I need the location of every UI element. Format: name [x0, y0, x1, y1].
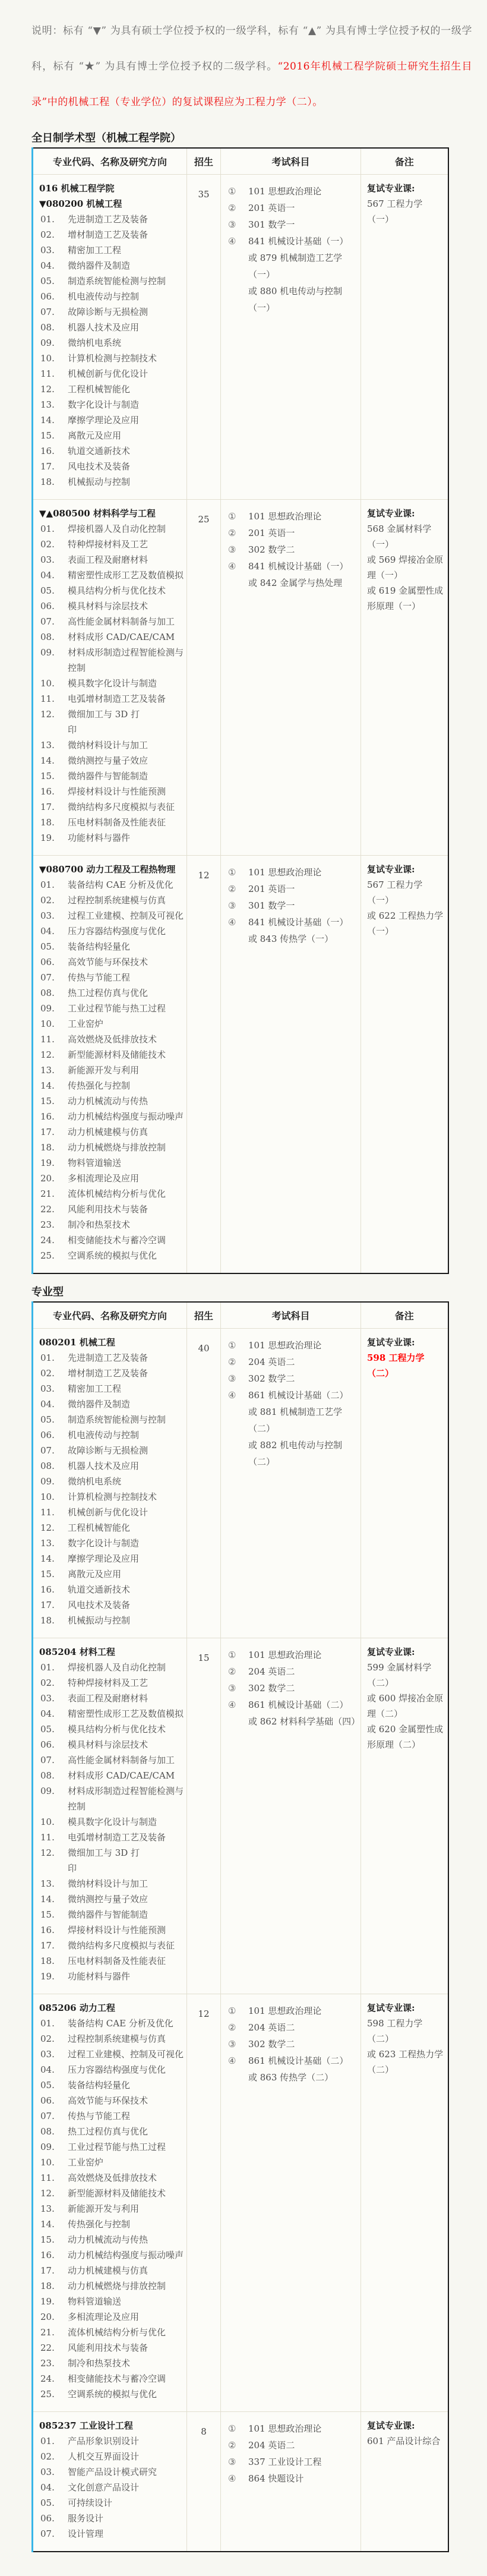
research-direction-item: 04.文化创意产品设计: [33, 2480, 186, 2495]
research-direction-item: 25.空调系统的模拟与优化: [33, 2386, 186, 2402]
direction-text: 多相流理论及应用: [68, 1171, 139, 1186]
direction-number: 04.: [33, 2480, 68, 2495]
major-code: ▼▲080500 材料科学与工程: [33, 506, 186, 521]
subject-text: 841 机械设计基础（一）: [248, 914, 348, 931]
major-code: 085206 动力工程: [33, 2000, 186, 2016]
exam-subject: ④841 机械设计基础（一）: [221, 233, 360, 250]
direction-number: 05.: [33, 2495, 68, 2511]
direction-text: 装备结构 CAE 分析及优化: [68, 877, 173, 893]
research-direction-item: 01.产品形象识别设计: [33, 2433, 186, 2449]
research-direction-item: 07.故障诊断与无损检测: [33, 1443, 186, 1458]
subject-number-icon: ①: [228, 2003, 248, 2019]
subject-text: 841 机械设计基础（一）: [248, 233, 348, 250]
exam-subject: ③302 数学二: [221, 1370, 360, 1387]
direction-number: 08.: [33, 985, 68, 1001]
direction-text: 微纳器件与智能制造: [68, 768, 148, 784]
exam-subject: ③302 数学二: [221, 1680, 360, 1697]
direction-number: 03.: [33, 242, 68, 258]
direction-number: 09.: [33, 1001, 68, 1016]
direction-number: 09.: [33, 2139, 68, 2155]
direction-number: 18.: [33, 474, 68, 490]
direction-number: 11.: [33, 1032, 68, 1047]
research-direction-item: 19.功能材料与器件: [33, 830, 186, 846]
direction-number: 14.: [33, 1551, 68, 1566]
exam-subject: ①101 思想政治理论: [221, 1337, 360, 1354]
direction-number: 03.: [33, 2047, 68, 2062]
research-direction-item: 03.表面工程及耐磨材料: [33, 552, 186, 567]
direction-number: 20.: [33, 2309, 68, 2325]
direction-number: 10.: [33, 1016, 68, 1032]
direction-number: 02.: [33, 537, 68, 552]
direction-text: 焊接材料设计与性能预测: [68, 1922, 166, 1938]
direction-text: 故障诊断与无损检测: [68, 1443, 148, 1458]
direction-number: 23.: [33, 2356, 68, 2371]
column-header: 专业代码、名称及研究方向: [33, 1302, 187, 1329]
direction-number: 16.: [33, 1109, 68, 1124]
direction-text: 工程机械智能化: [68, 381, 130, 397]
research-direction-item: 14.摩擦学理论及应用: [33, 1551, 186, 1566]
research-direction-item: 07.高性能金属材料制备与加工: [33, 1752, 186, 1768]
direction-number: 04.: [33, 923, 68, 939]
exam-subject: ②204 英语二: [221, 1663, 360, 1680]
direction-number: 09.: [33, 645, 68, 676]
direction-number: 11.: [33, 1505, 68, 1520]
column-header: 考试科目: [221, 1302, 361, 1329]
direction-number: 14.: [33, 2216, 68, 2232]
enrollment-cell: 15: [187, 1638, 221, 1994]
research-direction-item: 13.微纳材料设计与加工: [33, 1876, 186, 1891]
direction-text: 高性能金属材料制备与加工: [68, 614, 175, 629]
exam-subject: 或 862 材料科学基础（四）: [221, 1713, 360, 1730]
subject-number-icon: ①: [228, 183, 248, 200]
retest-course: 或 622 工程热力学（一）: [367, 908, 444, 939]
research-direction-item: 17.动力机械建模与仿真: [33, 1124, 186, 1140]
retest-course: 599 金属材料学（二）: [367, 1660, 444, 1691]
direction-text: 微纳结构多尺度模拟与表征: [68, 799, 175, 815]
retest-course: 或 619 金属塑性成形原理（一）: [367, 583, 444, 614]
column-header: 考试科目: [221, 148, 361, 175]
retest-course: 568 金属材料学（一）: [367, 521, 444, 552]
subject-number-icon: [228, 2069, 248, 2086]
direction-number: 17.: [33, 459, 68, 474]
direction-number: 05.: [33, 273, 68, 289]
direction-text: 精密塑性成形工艺及数值模拟: [68, 1706, 184, 1721]
research-direction-item: 17.微纳结构多尺度模拟与表征: [33, 1938, 186, 1953]
direction-text: 精密加工工程: [68, 242, 121, 258]
research-direction-item: 16.焊接材料设计与性能预测: [33, 1922, 186, 1938]
research-direction-item: 15.微纳器件与智能制造: [33, 1907, 186, 1922]
professional-table-host: 专业代码、名称及研究方向招生考试科目备注080201 机械工程01.先进制造工艺…: [0, 1301, 487, 2552]
table-row: ▼080700 动力工程及工程热物理01.装备结构 CAE 分析及优化02.过程…: [33, 856, 448, 1274]
retest-course: 598 工程力学（二）: [367, 1350, 444, 1381]
direction-text: 新能源开发与利用: [68, 2201, 139, 2216]
subject-text: 201 英语一: [248, 200, 295, 216]
direction-number: 02.: [33, 2031, 68, 2047]
direction-number: 21.: [33, 2325, 68, 2340]
direction-number: 03.: [33, 908, 68, 923]
direction-number: 15.: [33, 1093, 68, 1109]
enrollment-count: 15: [187, 1653, 220, 1663]
research-direction-item: 11.机械创新与优化设计: [33, 366, 186, 381]
major-code: ▼080200 机械工程: [33, 196, 186, 212]
direction-number: 01.: [33, 212, 68, 227]
research-direction-item: 05.模具结构分析与优化技术: [33, 1721, 186, 1737]
direction-number: 17.: [33, 799, 68, 815]
direction-number: 25.: [33, 2386, 68, 2402]
direction-number: 10.: [33, 1489, 68, 1505]
research-direction-item: 12.新型能源材料及储能技术: [33, 1047, 186, 1062]
direction-text: 流体机械结构分析与优化: [68, 2325, 166, 2340]
subject-text: 204 英语二: [248, 1354, 295, 1370]
direction-number: 07.: [33, 970, 68, 985]
research-direction-item: 01.装备结构 CAE 分析及优化: [33, 877, 186, 893]
academic-section-title: 全日制学术型（机械工程学院）: [31, 130, 487, 145]
direction-text: 先进制造工艺及装备: [68, 212, 148, 227]
table-row: 080201 机械工程01.先进制造工艺及装备02.增材制造工艺及装备03.精密…: [33, 1329, 448, 1638]
research-direction-item: 13.新能源开发与利用: [33, 1062, 186, 1078]
research-direction-item: 11.电弧增材制造工艺及装备: [33, 1830, 186, 1845]
table-body: 016 机械工程学院▼080200 机械工程01.先进制造工艺及装备02.增材制…: [33, 175, 448, 1274]
subject-number-icon: ②: [228, 1354, 248, 1370]
research-direction-item: 03.表面工程及耐磨材料: [33, 1691, 186, 1706]
enrollment-count: 25: [187, 514, 220, 525]
direction-number: 19.: [33, 830, 68, 846]
notes-cell: 复试专业课:599 金属材料学（二）或 600 焊接冶金原理（二）或 620 金…: [361, 1638, 448, 1994]
direction-number: 12.: [33, 1520, 68, 1535]
direction-text: 高效节能与环保技术: [68, 2093, 148, 2108]
retest-course-label: 复试专业课:: [367, 181, 444, 196]
research-direction-item: 03.精密加工工程: [33, 242, 186, 258]
direction-number: 06.: [33, 2511, 68, 2526]
direction-number: 10.: [33, 2155, 68, 2170]
direction-number: 09.: [33, 335, 68, 351]
catalog-table: 专业代码、名称及研究方向招生考试科目备注080201 机械工程01.先进制造工艺…: [31, 1301, 449, 2552]
direction-number: 10.: [33, 351, 68, 366]
direction-text: 流体机械结构分析与优化: [68, 1186, 166, 1202]
research-direction-item: 25.空调系统的模拟与优化: [33, 1248, 186, 1263]
exam-subject: ②201 英语一: [221, 881, 360, 897]
direction-text: 高效燃烧及低排放技术: [68, 1032, 157, 1047]
subject-text: 101 思想政治理论: [248, 2420, 321, 2437]
subject-number-icon: ③: [228, 1680, 248, 1697]
direction-text: 文化创意产品设计: [68, 2480, 139, 2495]
direction-number: 12.: [33, 2186, 68, 2201]
direction-text: 微纳测控与量子效应: [68, 1891, 148, 1907]
direction-text: 新型能源材料及储能技术: [68, 1047, 166, 1062]
direction-number: 09.: [33, 1474, 68, 1489]
research-direction-item: 02.人机交互界面设计: [33, 2449, 186, 2464]
direction-number: 13.: [33, 737, 68, 753]
direction-text: 机器人技术及应用: [68, 320, 139, 335]
research-direction-item: 21.流体机械结构分析与优化: [33, 2325, 186, 2340]
research-direction-item: 06.高效节能与环保技术: [33, 954, 186, 970]
direction-number: 25.: [33, 1248, 68, 1263]
direction-text: 微细加工与 3D 打 印: [68, 707, 140, 737]
direction-text: 动力机械流动与传热: [68, 1093, 148, 1109]
subject-number-icon: [228, 575, 248, 591]
direction-number: 16.: [33, 1582, 68, 1597]
direction-text: 机器人技术及应用: [68, 1458, 139, 1474]
retest-course-label: 复试专业课:: [367, 862, 444, 877]
direction-number: 14.: [33, 412, 68, 428]
direction-text: 压力容器结构强度与优化: [68, 2062, 166, 2077]
subject-text: 或 882 机电传动与控制（二）: [248, 1437, 360, 1470]
research-direction-item: 14.微纳测控与量子效应: [33, 1891, 186, 1907]
direction-number: 22.: [33, 2340, 68, 2356]
direction-text: 模具结构分析与优化技术: [68, 1721, 166, 1737]
subject-number-icon: ③: [228, 216, 248, 233]
research-direction-item: 14.摩擦学理论及应用: [33, 412, 186, 428]
direction-text: 微纳器件及制造: [68, 258, 130, 273]
subjects-cell: ①101 思想政治理论②204 英语二③302 数学二④861 机械设计基础（二…: [221, 1329, 361, 1638]
research-direction-item: 16.动力机械结构强度与振动噪声: [33, 2247, 186, 2263]
subject-number-icon: ②: [228, 881, 248, 897]
exam-subject: ①101 思想政治理论: [221, 508, 360, 525]
direction-text: 高效燃烧及低排放技术: [68, 2170, 157, 2186]
subject-number-icon: [228, 1404, 248, 1437]
research-direction-item: 17.动力机械建模与仿真: [33, 2263, 186, 2278]
direction-text: 工业窑炉: [68, 1016, 103, 1032]
research-direction-item: 05.可持续设计: [33, 2495, 186, 2511]
exam-subject: ①101 思想政治理论: [221, 2420, 360, 2437]
retest-course: 567 工程力学（一）: [367, 196, 444, 227]
subjects-cell: ①101 思想政治理论②204 英语二③337 工业设计工程④864 快题设计: [221, 2412, 361, 2552]
enrollment-cell: 25: [187, 500, 221, 856]
direction-text: 离散元及应用: [68, 1566, 121, 1582]
direction-number: 16.: [33, 784, 68, 799]
research-direction-item: 04.压力容器结构强度与优化: [33, 2062, 186, 2077]
research-direction-item: 16.轨道交通新技术: [33, 1582, 186, 1597]
direction-number: 05.: [33, 939, 68, 954]
direction-number: 04.: [33, 567, 68, 583]
direction-text: 动力机械燃烧与排放控制: [68, 1140, 166, 1155]
research-direction-item: 16.轨道交通新技术: [33, 443, 186, 459]
direction-text: 风能利用技术与装备: [68, 1202, 148, 1217]
direction-number: 13.: [33, 397, 68, 412]
research-direction-item: 07.高性能金属材料制备与加工: [33, 614, 186, 629]
research-direction-item: 19.物料管道输送: [33, 2294, 186, 2309]
subject-number-icon: ④: [228, 914, 248, 931]
subjects-cell: ①101 思想政治理论②204 英语二③302 数学二④861 机械设计基础（二…: [221, 1994, 361, 2412]
exam-subject: 或 882 机电传动与控制（二）: [221, 1437, 360, 1470]
exam-subject: ③302 数学二: [221, 541, 360, 558]
direction-number: 22.: [33, 1202, 68, 1217]
research-direction-item: 09.微纳机电系统: [33, 1474, 186, 1489]
research-direction-item: 01.焊接机器人及自动化控制: [33, 521, 186, 537]
research-direction-item: 03.过程工业建模、控制及可视化: [33, 2047, 186, 2062]
subject-number-icon: ①: [228, 2420, 248, 2437]
direction-number: 01.: [33, 1660, 68, 1675]
direction-cell: 080201 机械工程01.先进制造工艺及装备02.增材制造工艺及装备03.精密…: [33, 1329, 187, 1638]
direction-text: 装备结构 CAE 分析及优化: [68, 2016, 173, 2031]
direction-number: 08.: [33, 1768, 68, 1783]
direction-text: 风电技术及装备: [68, 459, 130, 474]
direction-number: 07.: [33, 1443, 68, 1458]
subject-text: 或 843 传热学（一）: [248, 931, 333, 947]
direction-text: 风能利用技术与装备: [68, 2340, 148, 2356]
direction-text: 热工过程仿真与优化: [68, 985, 148, 1001]
research-direction-item: 08.材料成形 CAD/CAE/CAM: [33, 1768, 186, 1783]
direction-text: 增材制造工艺及装备: [68, 227, 148, 242]
direction-number: 24.: [33, 2371, 68, 2386]
direction-text: 动力机械结构强度与振动噪声: [68, 2247, 184, 2263]
subject-text: 861 机械设计基础（二）: [248, 2052, 348, 2069]
subject-number-icon: ②: [228, 525, 248, 541]
direction-number: 19.: [33, 1155, 68, 1171]
research-direction-item: 23.制冷和热泵技术: [33, 2356, 186, 2371]
direction-number: 15.: [33, 1566, 68, 1582]
direction-number: 03.: [33, 1691, 68, 1706]
academic-table-host: 专业代码、名称及研究方向招生考试科目备注016 机械工程学院▼080200 机械…: [0, 147, 487, 1274]
subject-text: 101 思想政治理论: [248, 864, 321, 881]
direction-text: 可持续设计: [68, 2495, 112, 2511]
direction-number: 02.: [33, 1675, 68, 1691]
direction-number: 15.: [33, 428, 68, 443]
direction-text: 相变储能技术与蓄冷空调: [68, 2371, 166, 2386]
direction-number: 04.: [33, 258, 68, 273]
direction-text: 物料管道输送: [68, 1155, 121, 1171]
exam-subject: ②204 英语二: [221, 2019, 360, 2036]
subject-text: 841 机械设计基础（一）: [248, 558, 348, 575]
professional-section-title: 专业型: [31, 1284, 487, 1299]
note: 说明：标有 “▼” 为具有硕士学位授予权的一级学科，标有 “▲” 为具有博士学位…: [31, 13, 472, 120]
research-direction-item: 02.增材制造工艺及装备: [33, 1366, 186, 1381]
direction-number: 02.: [33, 2449, 68, 2464]
direction-text: 功能材料与器件: [68, 1969, 130, 1984]
notes-cell: 复试专业课:598 工程力学（二）: [361, 1329, 448, 1638]
exam-subject: ①101 思想政治理论: [221, 183, 360, 200]
direction-text: 高效节能与环保技术: [68, 954, 148, 970]
column-header: 专业代码、名称及研究方向: [33, 148, 187, 175]
direction-number: 06.: [33, 2093, 68, 2108]
direction-text: 过程控制系统建模与仿真: [68, 2031, 166, 2047]
direction-number: 07.: [33, 2108, 68, 2124]
exam-subject: ①101 思想政治理论: [221, 864, 360, 881]
direction-number: 06.: [33, 289, 68, 304]
direction-text: 工业窑炉: [68, 2155, 103, 2170]
research-direction-item: 24.相变储能技术与蓄冷空调: [33, 2371, 186, 2386]
table-row: 085206 动力工程01.装备结构 CAE 分析及优化02.过程控制系统建模与…: [33, 1994, 448, 2412]
subject-text: 或 881 机械制造工艺学（二）: [248, 1404, 360, 1437]
table-head: 专业代码、名称及研究方向招生考试科目备注: [33, 148, 448, 175]
direction-number: 16.: [33, 2247, 68, 2263]
catalog-table: 专业代码、名称及研究方向招生考试科目备注016 机械工程学院▼080200 机械…: [31, 147, 449, 1274]
subject-number-icon: ④: [228, 2052, 248, 2069]
direction-number: 19.: [33, 2294, 68, 2309]
research-direction-item: 16.动力机械结构强度与振动噪声: [33, 1109, 186, 1124]
direction-number: 20.: [33, 1171, 68, 1186]
subject-text: 201 英语一: [248, 525, 295, 541]
exam-subject: ②201 英语一: [221, 200, 360, 216]
subject-number-icon: [228, 283, 248, 316]
direction-number: 17.: [33, 1597, 68, 1613]
direction-text: 轨道交通新技术: [68, 443, 130, 459]
subject-text: 201 英语一: [248, 881, 295, 897]
direction-cell: ▼▲080500 材料科学与工程01.焊接机器人及自动化控制02.特种焊接材料及…: [33, 500, 187, 856]
notes-cell: 复试专业课:567 工程力学（一）或 622 工程热力学（一）: [361, 856, 448, 1274]
direction-text: 热工过程仿真与优化: [68, 2124, 148, 2139]
research-direction-item: 22.风能利用技术与装备: [33, 1202, 186, 1217]
exam-subject: 或 843 传热学（一）: [221, 931, 360, 947]
direction-number: 15.: [33, 768, 68, 784]
direction-number: 11.: [33, 691, 68, 707]
direction-text: 装备结构轻量化: [68, 2077, 130, 2093]
subject-number-icon: ①: [228, 1337, 248, 1354]
exam-subject: ④861 机械设计基础（二）: [221, 2052, 360, 2069]
table-row: 016 机械工程学院▼080200 机械工程01.先进制造工艺及装备02.增材制…: [33, 175, 448, 500]
direction-number: 05.: [33, 1412, 68, 1427]
subjects-cell: ①101 思想政治理论②201 英语一③302 数学二④841 机械设计基础（一…: [221, 500, 361, 856]
subject-text: 101 思想政治理论: [248, 508, 321, 525]
research-direction-item: 03.精密加工工程: [33, 1381, 186, 1396]
direction-number: 01.: [33, 521, 68, 537]
direction-text: 微纳材料设计与加工: [68, 737, 148, 753]
notes-cell: 复试专业课:598 工程力学（二）或 623 工程热力学（二）: [361, 1994, 448, 2412]
direction-text: 工业过程节能与热工过程: [68, 1001, 166, 1016]
direction-text: 动力机械建模与仿真: [68, 1124, 148, 1140]
direction-text: 数字化设计与制造: [68, 1535, 139, 1551]
retest-course: 598 工程力学（二）: [367, 2016, 444, 2047]
major-code: 085237 工业设计工程: [33, 2418, 186, 2433]
direction-text: 故障诊断与无损检测: [68, 304, 148, 320]
research-direction-item: 10.计算机检测与控制技术: [33, 1489, 186, 1505]
subject-number-icon: ③: [228, 2454, 248, 2470]
subject-text: 或 880 机电传动与控制（一）: [248, 283, 360, 316]
direction-number: 18.: [33, 815, 68, 830]
direction-text: 模具结构分析与优化技术: [68, 583, 166, 598]
research-direction-item: 05.装备结构轻量化: [33, 2077, 186, 2093]
exam-subject: 或 879 机械制造工艺学（一）: [221, 250, 360, 283]
direction-number: 07.: [33, 614, 68, 629]
enrollment-count: 35: [187, 189, 220, 200]
retest-course-label: 复试专业课:: [367, 1335, 444, 1350]
retest-course-label: 复试专业课:: [367, 1644, 444, 1660]
research-direction-item: 01.装备结构 CAE 分析及优化: [33, 2016, 186, 2031]
research-direction-item: 08.机器人技术及应用: [33, 320, 186, 335]
subject-text: 861 机械设计基础（二）: [248, 1387, 348, 1404]
direction-text: 焊接材料设计与性能预测: [68, 784, 166, 799]
research-direction-item: 01.先进制造工艺及装备: [33, 1350, 186, 1366]
subject-text: 864 快题设计: [248, 2470, 303, 2487]
direction-text: 微纳结构多尺度模拟与表征: [68, 1938, 175, 1953]
direction-number: 01.: [33, 2016, 68, 2031]
research-direction-item: 16.焊接材料设计与性能预测: [33, 784, 186, 799]
direction-text: 传热与节能工程: [68, 2108, 130, 2124]
research-direction-item: 02.特种焊接材料及工艺: [33, 537, 186, 552]
direction-number: 21.: [33, 1186, 68, 1202]
direction-text: 微纳材料设计与加工: [68, 1876, 148, 1891]
subject-text: 101 思想政治理论: [248, 1337, 321, 1354]
enrollment-count: 40: [187, 1343, 220, 1354]
enrollment-count: 12: [187, 870, 220, 881]
direction-number: 14.: [33, 753, 68, 768]
direction-number: 11.: [33, 366, 68, 381]
direction-text: 装备结构轻量化: [68, 939, 130, 954]
table-body: 080201 机械工程01.先进制造工艺及装备02.增材制造工艺及装备03.精密…: [33, 1329, 448, 2552]
research-direction-item: 09.工业过程节能与热工过程: [33, 2139, 186, 2155]
direction-cell: ▼080700 动力工程及工程热物理01.装备结构 CAE 分析及优化02.过程…: [33, 856, 187, 1274]
exam-subject: 或 842 金属学与热处理: [221, 575, 360, 591]
research-direction-item: 10.模具数字化设计与制造: [33, 676, 186, 691]
direction-number: 10.: [33, 1814, 68, 1830]
direction-text: 材料成形 CAD/CAE/CAM: [68, 1768, 175, 1783]
major-code: 080201 机械工程: [33, 1335, 186, 1350]
subject-number-icon: ①: [228, 508, 248, 525]
direction-text: 先进制造工艺及装备: [68, 1350, 148, 1366]
enrollment-cell: 35: [187, 175, 221, 500]
subject-number-icon: [228, 931, 248, 947]
subject-text: 861 机械设计基础（二）: [248, 1697, 348, 1713]
